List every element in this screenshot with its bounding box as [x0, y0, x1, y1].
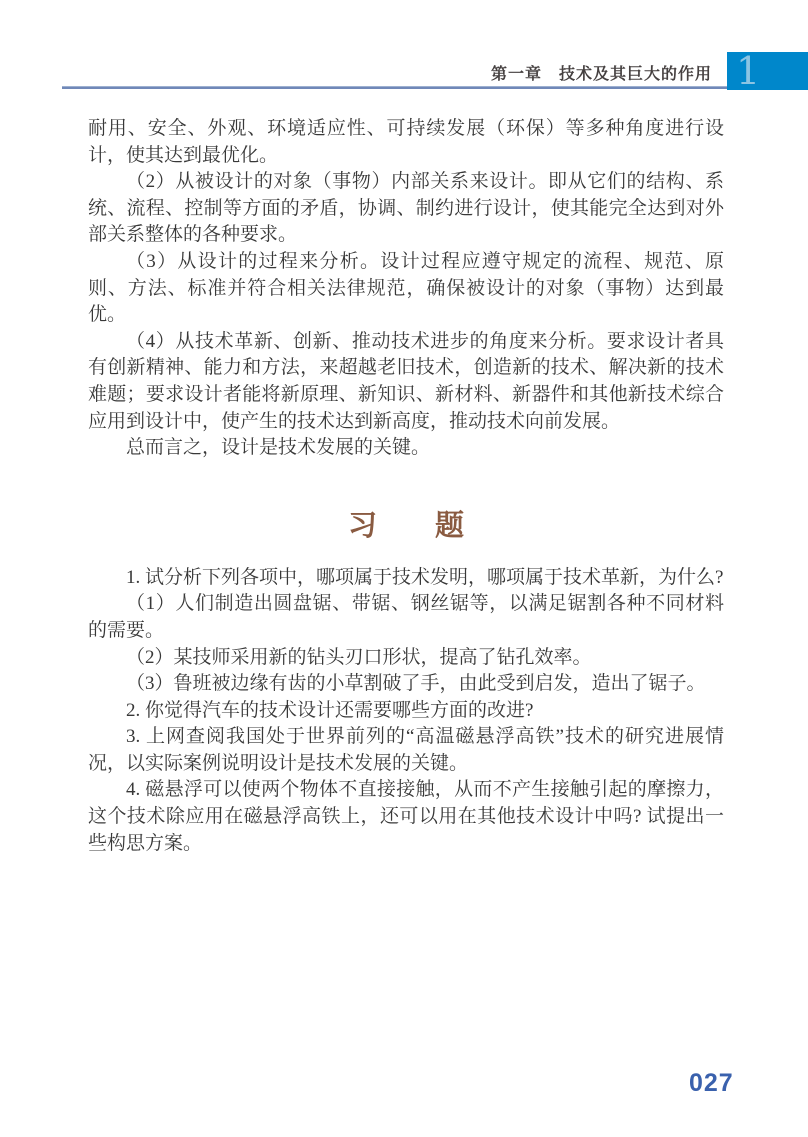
exercise-item: （3）鲁班被边缘有齿的小草割破了手，由此受到启发，造出了锯子。 — [88, 671, 724, 698]
textbook-page: 第一章 技术及其巨大的作用 1 耐用、安全、外观、环境适应性、可持续发展（环保）… — [0, 0, 808, 1137]
body-paragraph: 耐用、安全、外观、环境适应性、可持续发展（环保）等多种角度进行设计，使其达到最优… — [88, 116, 724, 169]
exercises-heading: 习 题 — [88, 503, 724, 544]
exercise-item: 4. 磁悬浮可以使两个物体不直接接触，从而不产生接触引起的摩擦力，这个技术除应用… — [88, 777, 724, 857]
exercise-item: 1. 试分析下列各项中，哪项属于技术发明，哪项属于技术革新，为什么? — [88, 565, 724, 592]
header-rule — [62, 86, 808, 89]
body-paragraph: （3）从设计的过程来分析。设计过程应遵守规定的流程、规范、原则、方法、标准并符合… — [88, 249, 724, 329]
exercise-item: 3. 上网查阅我国处于世界前列的“高温磁悬浮高铁”技术的研究进展情况，以实际案例… — [88, 724, 724, 777]
body-paragraph: （4）从技术革新、创新、推动技术进步的角度来分析。要求设计者具有创新精神、能力和… — [88, 329, 724, 435]
exercise-item: （1）人们制造出圆盘锯、带锯、钢丝锯等，以满足锯割各种不同材料的需要。 — [88, 591, 724, 644]
body-paragraph: 总而言之，设计是技术发展的关键。 — [88, 435, 724, 462]
page-body: 耐用、安全、外观、环境适应性、可持续发展（环保）等多种角度进行设计，使其达到最优… — [88, 116, 724, 857]
body-paragraph: （2）从被设计的对象（事物）内部关系来设计。即从它们的结构、系统、流程、控制等方… — [88, 169, 724, 249]
exercise-list: 1. 试分析下列各项中，哪项属于技术发明，哪项属于技术革新，为什么?（1）人们制… — [88, 565, 724, 858]
page-number: 027 — [689, 1069, 734, 1098]
chapter-number: 1 — [736, 50, 760, 92]
body-paragraphs: 耐用、安全、外观、环境适应性、可持续发展（环保）等多种角度进行设计，使其达到最优… — [88, 116, 724, 462]
exercise-item: 2. 你觉得汽车的技术设计还需要哪些方面的改进? — [88, 698, 724, 725]
chapter-number-badge: 1 — [727, 52, 808, 90]
exercise-item: （2）某技师采用新的钻头刃口形状，提高了钻孔效率。 — [88, 645, 724, 672]
chapter-title: 第一章 技术及其巨大的作用 — [491, 61, 712, 84]
